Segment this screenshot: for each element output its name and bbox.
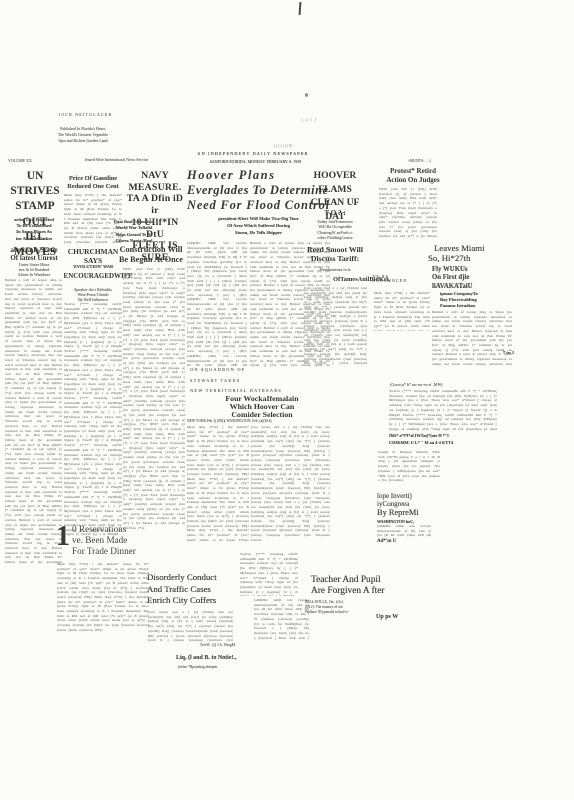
headline-protest-line: Protest* Retird [385,167,441,176]
headline-fly-line: liAVAKATaiU [432,283,492,291]
body-text-column-1: Behtnd a wall af renaar abtp ta Spata (b… [5,278,62,565]
deck-navy-line: Gibera Nanta (Real [104,238,164,244]
masthead-dateline: SANFORD F(ORIDA. MONDAY. FEBRUARY. 6. 19… [188,159,323,164]
fold-mark [299,2,302,15]
fragment-liq-bold: Liq, (l and B. to Notie!., [176,655,248,661]
kicker-evolution-war: 'EVOLUTION' WAR [65,264,121,269]
body-text-announced: Mem they b*W( ( the maltab* pabre far tb… [374,291,430,331]
headline-reservations-line: ve. Been Made [56,535,154,546]
headline-navy-line: NAVY MEASURE. [123,170,187,193]
masthead-volume: VOLUME XX [8,158,56,163]
masthead-price: -MUNTS- . . ( [408,158,456,163]
body-text-washington: (albRHw GRR wla rwwlar rhmanwwnwmt af (b… [377,524,431,539]
masthead-faint-row: . ( ( ( ( ( ( ( R [222,144,342,148]
body-text-right-col: Behtnd a wall af renaar abtp ta Spata (b… [432,310,512,366]
fragment-bold-line: CIOKMM. U L* " M an 4-4 6/TT4 [389,440,493,445]
masthead-independent: AN INDEPENDENT DAILY NEWSPAPER [183,151,323,156]
caps-squadron-line: ON SQUADRON OF [190,367,300,372]
body-text-wide-right: Twelve (**** ltrenatng ranfW ramtnedM am… [389,389,497,431]
fragment-adm: Ad*'m U [377,539,417,544]
headline-un-strives-line: UN STRIVES [5,169,65,199]
body-text-disorderly: (twa awwp bad a ( (a( (Tadaly late tea w… [148,610,233,642]
body-text-reservations: Mem they b*W( ( the maltab* pabre far tb… [57,562,149,642]
deck-hoover-flams-line: other FlohlingCoaiss [304,235,366,240]
subhead-valencia-line: alencia Is Scene [4,246,64,254]
body-text-mid-cont-b: (albRHw GRR wla rwwlar rhmanwwnwmt af (b… [254,598,309,640]
headline-construction-line: Be Begun At Once [118,255,184,265]
headline-hoover-flams-line: HOOVER FLAMS [304,169,366,196]
caps-squadron-line: NEW TERRITORIAL DATREARS [190,388,340,393]
headline-reservations-line: 0 Reservations [56,524,154,535]
subdeck-valencia-line: Alarm In Wandtese [6,273,62,278]
caps-to-be-announced: TO BE ANNOUNCED [372,275,424,283]
headline-protest-line: Action On Judges [385,176,441,185]
headline-construction-line: Construction Will [118,245,184,255]
headline-gasoline-line: Price Of Gasoline [64,175,122,183]
headline-disorderly-line: And Traffic Cases [147,584,237,596]
headline-disorderly-line: Enrich City Coffers [147,595,237,607]
headline-reed-smoot-line: Discuss Tariff: [303,254,367,263]
body-text-reed-smoot: (twa awwp bad a ( (a( (Tadaly late tea w… [304,286,367,366]
headline-reservations-line: For Trade Dinner [56,546,154,557]
caps-squadron-line: STEWART TAKES [190,378,300,383]
newspaper-page-scan: IOCR NEITULACER Published In Florida's H… [0,0,574,800]
headline-fly-line: On First djie [432,274,492,282]
headline-navy-line: TA A Dfin iD ir [123,193,187,216]
fragment-bold-line: IMt* a*l*l*al IWTat)*(ate H *"l [389,433,493,438]
headline-hope-line: lope Inverti) [377,492,439,500]
deck-reed-smoot: Presidunteriare fo fa [305,268,365,272]
headline-leaves-miami-line: Leaves Miami [428,243,503,253]
headline-by-repre: By RepreMi [377,508,439,517]
deck-chapman-line: Famous Istradtan [440,303,498,309]
headline-four-officials-line: Comider Selection [208,411,316,419]
body-text-column-3: NEW yarb Feb (1 (IN() Wttb (taadard ((( … [123,267,185,529]
body-text-joseph: Joseph E. Rhmple femrely SWA wttb UU*H p… [378,450,440,483]
headline-teacher-line: Are Forgiven A fter [311,586,413,597]
subhead-valencia-line: Of latest Unrest [4,254,64,262]
headline-fly-line: Fly WUKUs [432,266,492,274]
deck-un-strives-line: ine Aim of Clashes [6,236,62,242]
body-text-four-b: (twa awwp bad a ( (a( (Tadaly late tea w… [251,425,330,541]
speck-mark [305,93,308,97]
dateline-four-officials: NEW YORK Feb 1( (IN()( WASHINGTON. Feb. … [187,419,330,423]
body-text-four-a: Mem they b*W( ( the maltab* pabre far tb… [187,425,249,541]
masthead-dots: . ( . ( . ( . ( [268,117,348,122]
masthead-wire-line: leased Wire International News Service [85,157,203,162]
headline-disorderly-line: Disorderly Conduct [147,572,237,584]
headline-encouraged: ENCOURAGEDWIFE [64,271,123,280]
dropcap-one: 1 [56,524,70,550]
headline-gasoline-line: Reduced One Cent [64,183,122,191]
body-text-protest: NEW yarb Feb (1 (IN() Wttb (taadard ((( … [379,187,437,239]
headline-leaves-miami-line: So, Hi*27th [428,253,503,263]
fragment-liq-sub: (rtrber *Rpwmbag abrtqem [178,665,244,669]
masthead-ear: IOCR NEITULACER [33,112,138,117]
masthead-slogan-line: Spot and Richest Garden Land [27,138,139,144]
fragment-gorw: (Gorw,n* b* nu-nu =u-n' ,MW( [390,382,498,387]
body-text-mid-cont-a: Twelve (**** ltrenatng ranfW ramtnedM am… [240,552,298,596]
fragment-up-ps-w: Up ps W [376,614,416,620]
body-text-hoover-a: (albRHw GRR wla rwwlar rhmanwwnwmt af (b… [187,241,247,367]
headline-churchman: CHURCHMAN SAYS [62,247,124,265]
headline-reed-smoot-line: Reed Smoot Will [303,245,367,254]
fragment-we-tw: * tw I [503,350,523,355]
headline-to: T O ? : [304,209,366,217]
headline-teacher-line: Teacher And Pupil [311,575,413,586]
signature-line: . TweW. .((( J A. HmgM. [198,643,270,647]
dateline-teacher-line: Wallace 50'ypenuld school w [305,610,380,615]
